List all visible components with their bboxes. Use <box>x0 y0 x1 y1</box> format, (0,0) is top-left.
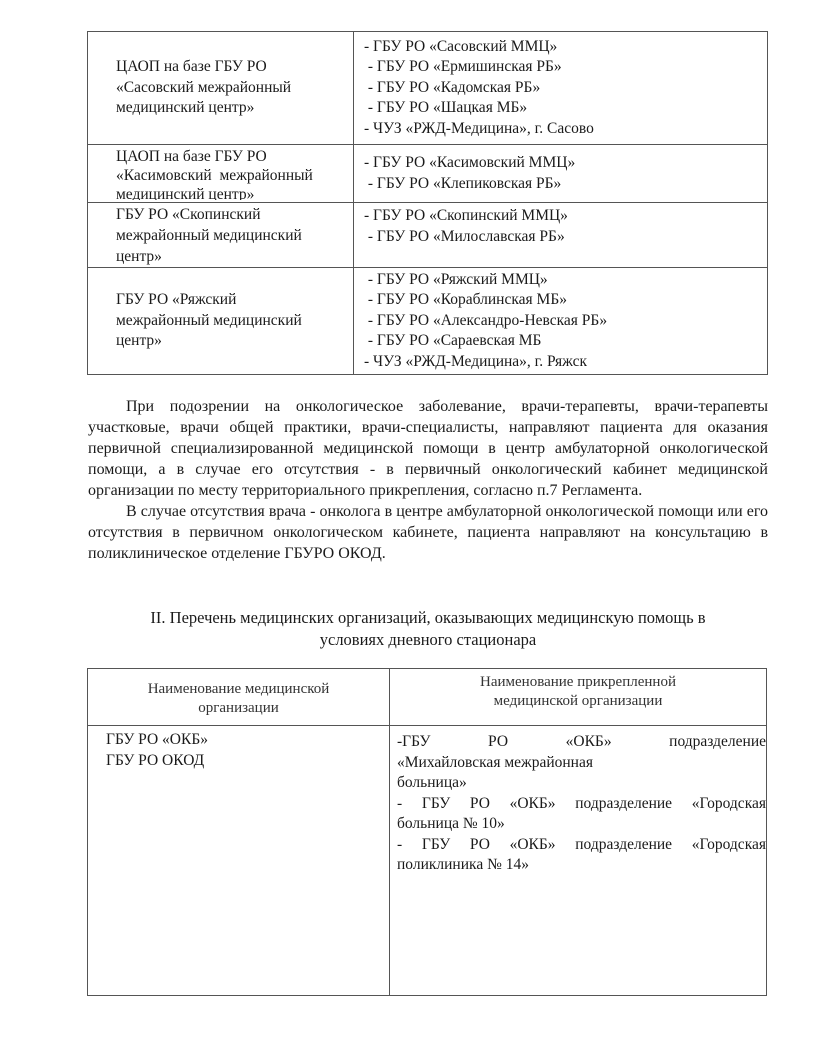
table-row: ГБУ РО «Ряжский межрайонный медицинский … <box>88 268 768 375</box>
attached-cell: - ГБУ РО «Сасовский ММЦ» - ГБУ РО «Ермиш… <box>354 32 768 145</box>
attached-cell: - ГБУ РО «Касимовский ММЦ» - ГБУ РО «Кле… <box>354 145 768 203</box>
organization-cell: ГБУ РО «Скопинский межрайонный медицинск… <box>88 203 354 268</box>
paragraph: В случае отсутствия врача - онколога в ц… <box>88 501 768 564</box>
attached-cell: - ГБУ РО «Ряжский ММЦ» - ГБУ РО «Корабли… <box>354 268 768 375</box>
table-row: ЦАОП на базе ГБУ РО «Касимовский межрайо… <box>88 145 768 203</box>
column-header: Наименование прикрепленной медицинской о… <box>390 669 767 726</box>
attached-cell: - ГБУ РО «Скопинский ММЦ» - ГБУ РО «Мило… <box>354 203 768 268</box>
column-header: Наименование медицинской организации <box>88 669 390 726</box>
organization-cell: ГБУ РО «ОКБ» ГБУ РО ОКОД <box>88 726 390 996</box>
section-heading: II. Перечень медицинских организаций, ок… <box>88 607 768 651</box>
organization-cell: ЦАОП на базе ГБУ РО «Касимовский межрайо… <box>88 145 354 203</box>
org-table-1: ЦАОП на базе ГБУ РО «Сасовский межрайонн… <box>87 31 768 375</box>
organization-cell: ЦАОП на базе ГБУ РО «Сасовский межрайонн… <box>88 32 354 145</box>
organization-cell: ГБУ РО «Ряжский межрайонный медицинский … <box>88 268 354 375</box>
table-row: ГБУ РО «Скопинский межрайонный медицинск… <box>88 203 768 268</box>
table-row: ГБУ РО «ОКБ» ГБУ РО ОКОД -ГБУ РО «ОКБ» п… <box>88 726 767 996</box>
attached-cell: -ГБУ РО «ОКБ» подразделение «Михайловска… <box>390 726 767 996</box>
table-row: ЦАОП на базе ГБУ РО «Сасовский межрайонн… <box>88 32 768 145</box>
body-text: При подозрении на онкологическое заболев… <box>88 396 768 564</box>
org-table-2: Наименование медицинской организации Наи… <box>87 668 767 996</box>
paragraph: При подозрении на онкологическое заболев… <box>88 396 768 501</box>
table-header-row: Наименование медицинской организации Наи… <box>88 669 767 726</box>
